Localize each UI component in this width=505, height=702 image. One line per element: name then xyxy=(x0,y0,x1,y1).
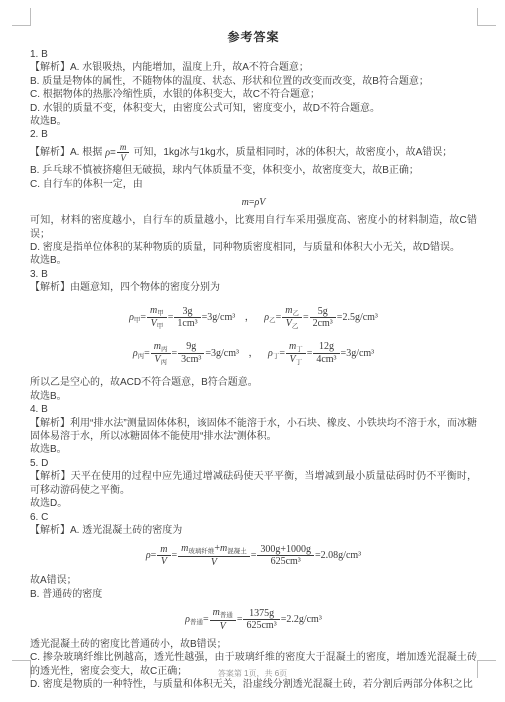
density-formula-ding: ρ丁=m丁V丁=12g4cm³=3g/cm³ xyxy=(268,348,374,359)
q4-analysis: 【解析】利用“排水法”测量固体体积，该固体不能溶于水，小石块、橡皮、小铁块均不溶… xyxy=(30,417,477,444)
formula-separator: ， xyxy=(245,312,255,323)
density-formula-bing: ρ丙=m丙V丙=9g3cm³=3g/cm³ xyxy=(133,348,239,359)
q3-conclusion-1: 所以乙是空心的，故ACD不符合题意，B符合题意。 xyxy=(30,376,477,389)
q1-conclusion: 故选B。 xyxy=(30,115,477,128)
text-segment: 【解析】A. 根据 xyxy=(30,142,102,164)
q2-conclusion: 故选B。 xyxy=(30,254,477,267)
inline-density-formula: ρ=mV xyxy=(105,142,130,164)
q6-analysis-a2: 故A错误； xyxy=(30,574,477,587)
q6-answer: 6. C xyxy=(30,511,477,524)
formula-separator: ， xyxy=(249,348,259,359)
q1-analysis-c: C. 根据物体的热胀冷缩性质，水银的体积变大，故C不符合题意； xyxy=(30,88,477,101)
q4-answer: 4. B xyxy=(30,403,477,416)
q5-analysis: 【解析】天平在使用的过程中应先通过增减砝码使天平平衡，当增减到最小质量砝码时仍不… xyxy=(30,470,477,497)
q3-answer: 3. B xyxy=(30,268,477,281)
document-page: 参考答案 1. B 【解析】A. 水银吸热，内能增加，温度上升，故A不符合题意；… xyxy=(0,0,505,702)
density-formulas-row-1: ρ甲=m甲V甲=3g1cm³=3g/cm³ ， ρ乙=m乙V乙=5g2cm³=2… xyxy=(30,305,477,331)
q1-analysis-d: D. 水银的质量不变，体积变大，由密度公式可知，密度变小，故D不符合题意。 xyxy=(30,102,477,115)
margin-mark-top-right-icon xyxy=(477,8,496,26)
margin-mark-top-left-icon xyxy=(12,8,31,26)
q5-answer: 5. D xyxy=(30,457,477,470)
q3-intro: 【解析】由题意知，四个物体的密度分别为 xyxy=(30,281,477,294)
q3-conclusion-2: 故选B。 xyxy=(30,390,477,403)
density-formula-yi: ρ乙=m乙V乙=5g2cm³=2.5g/cm³ xyxy=(264,312,378,323)
q2-analysis-b: B. 乒乓球不慎被挤瘪但无破损，球内气体质量不变，体积变小，故密度变大，故B正确… xyxy=(30,164,477,177)
q2-analysis-a: 【解析】A. 根据 ρ=mV 可知，1kg冰与1kg水，质量相同时，冰的体积大，… xyxy=(30,142,477,164)
translucent-brick-density-formula: ρ=mV=m玻璃纤维+m混凝土V=300g+1000g625cm³=2.08g/… xyxy=(30,543,477,568)
equals-sign: = xyxy=(110,147,116,158)
density-formula-jia: ρ甲=m甲V甲=3g1cm³=3g/cm³ xyxy=(129,312,235,323)
q2-answer: 2. B xyxy=(30,128,477,141)
q6-analysis-a: 【解析】A. 透光混凝土砖的密度为 xyxy=(30,524,477,537)
q2-analysis-d: D. 密度是指单位体积的某种物质的质量，同种物质密度相同，与质量和体积大小无关，… xyxy=(30,241,477,254)
q6-analysis-b2: 透光混凝土砖的密度比普通砖小，故B错误； xyxy=(30,638,477,651)
q6-analysis-d: D. 密度是物质的一种特性，与质量和体积无关，沿虚线分割透光混凝土砖，若分割后两… xyxy=(30,678,477,691)
density-formulas-row-2: ρ丙=m丙V丙=9g3cm³=3g/cm³ ， ρ丁=m丁V丁=12g4cm³=… xyxy=(30,341,477,367)
q6-analysis-b: B. 普通砖的密度 xyxy=(30,588,477,601)
q1-analysis-b: B. 质量是物体的属性，不随物体的温度、状态、形状和位置的改变而改变，故B符合题… xyxy=(30,75,477,88)
page-footer: 答案第 1页，共 6页 xyxy=(0,668,505,679)
fraction: mV xyxy=(117,142,130,164)
ordinary-brick-density-formula: ρ普通=m普通V=1375g625cm³=2.2g/cm³ xyxy=(30,607,477,632)
q1-analysis-a: 【解析】A. 水银吸热，内能增加，温度上升，故A不符合题意； xyxy=(30,61,477,74)
page-title: 参考答案 xyxy=(30,28,477,45)
q5-conclusion: 故选D。 xyxy=(30,497,477,510)
text-segment: 可知，1kg冰与1kg水，质量相同时，冰的体积大，故密度小，故A错误； xyxy=(133,142,452,164)
q4-conclusion: 故选B。 xyxy=(30,443,477,456)
mass-density-formula: m=ρV xyxy=(30,197,477,208)
q2-analysis-c2: 可知，材料的密度越小，自行车的质量越小，比赛用自行车采用强度高、密度小的材料制造… xyxy=(30,214,477,241)
document-body: 参考答案 1. B 【解析】A. 水银吸热，内能增加，温度上升，故A不符合题意；… xyxy=(30,28,477,692)
q1-answer: 1. B xyxy=(30,48,477,61)
q2-analysis-c: C. 自行车的体积一定，由 xyxy=(30,178,477,191)
